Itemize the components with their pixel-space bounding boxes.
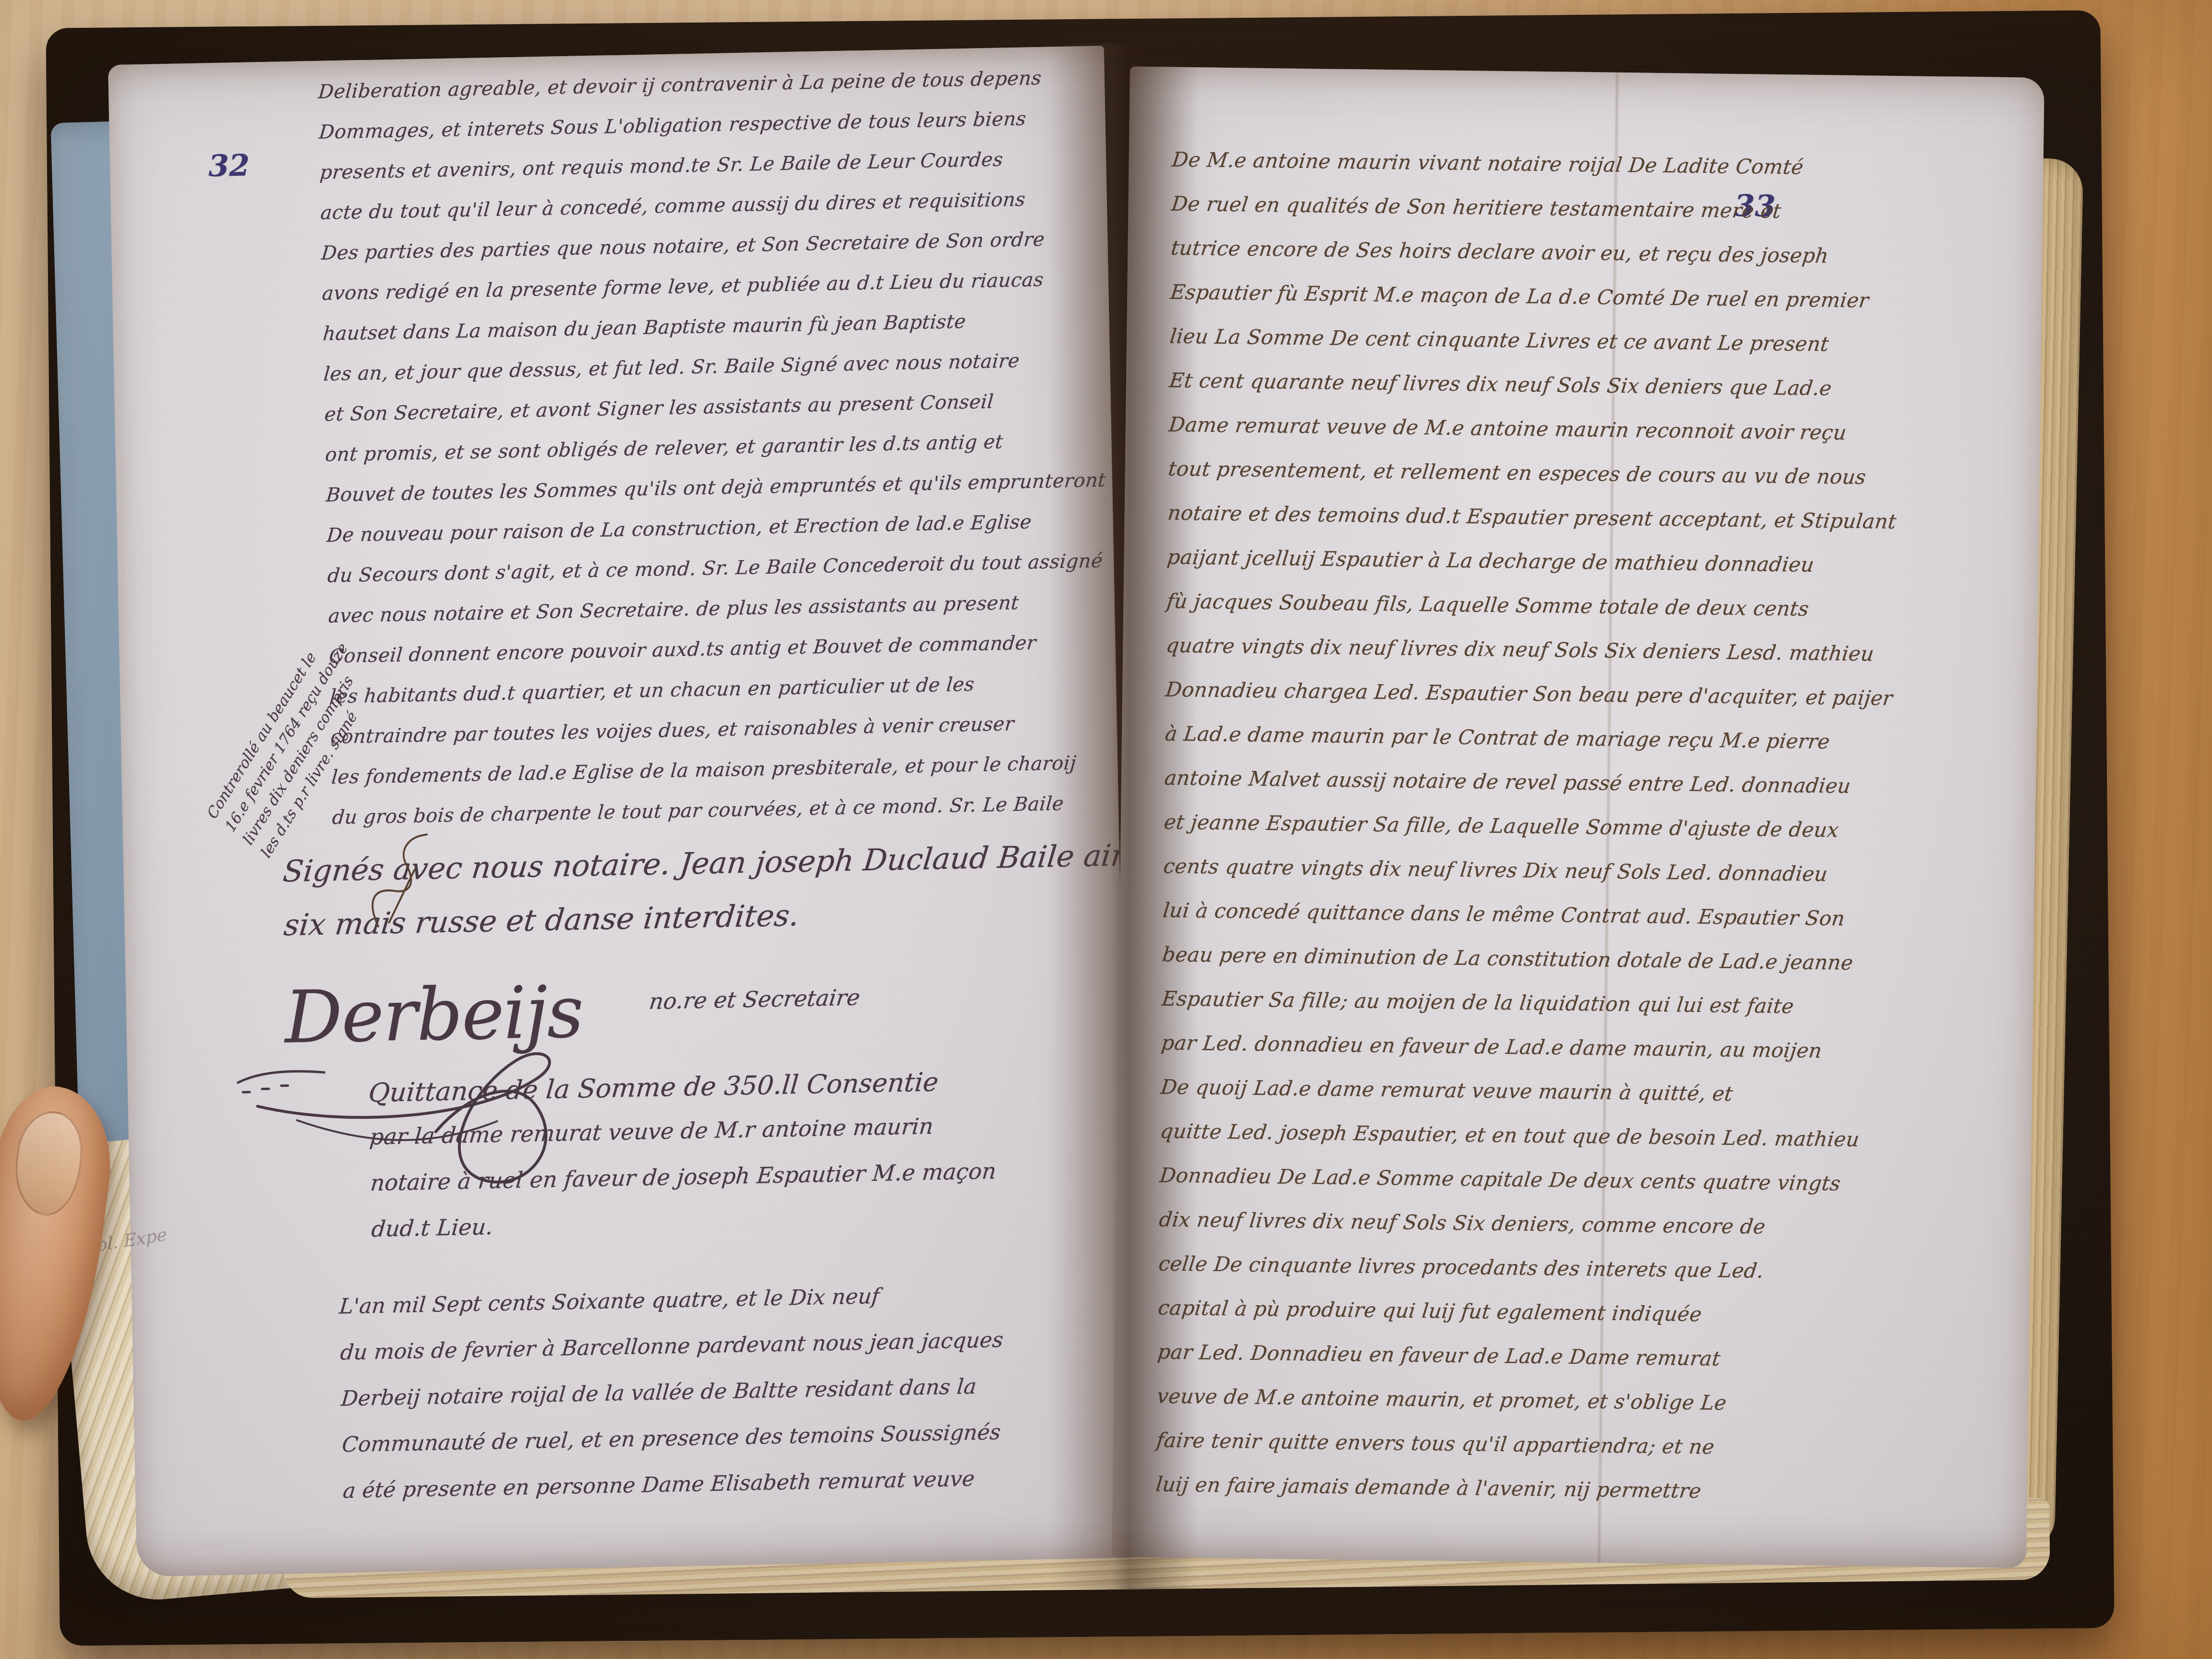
- act-opening: L'an mil Sept cents Soixante quatre, et …: [338, 1282, 1005, 1525]
- thumbnail-nail: [10, 1107, 87, 1219]
- manuscript-line: luij en faire jamais demande à l'avenir,…: [1152, 1472, 1983, 1527]
- notary-signature: Derbeijs no.re et Secretaire: [284, 971, 583, 1060]
- right-page: 33 De M.e antoine maurin vivant notaire …: [1112, 66, 2044, 1568]
- left-page: 32 Deliberation agreable, et devoir ij c…: [108, 46, 1133, 1576]
- right-page-text-block: De M.e antoine maurin vivant notaire roi…: [1154, 148, 1997, 1527]
- page-number: 32: [208, 148, 250, 184]
- left-page-text-block: Deliberation agreable, et devoir ij cont…: [317, 67, 1081, 847]
- signature-name: Derbeijs: [284, 971, 583, 1060]
- signature-qualifier: no.re et Secretaire: [648, 984, 861, 1014]
- quittance-heading: Quittance de la Somme de 350.ll Consenti…: [368, 1066, 997, 1262]
- deliberation-closing: Signés avec nous notaire. Jean joseph Du…: [282, 837, 1149, 962]
